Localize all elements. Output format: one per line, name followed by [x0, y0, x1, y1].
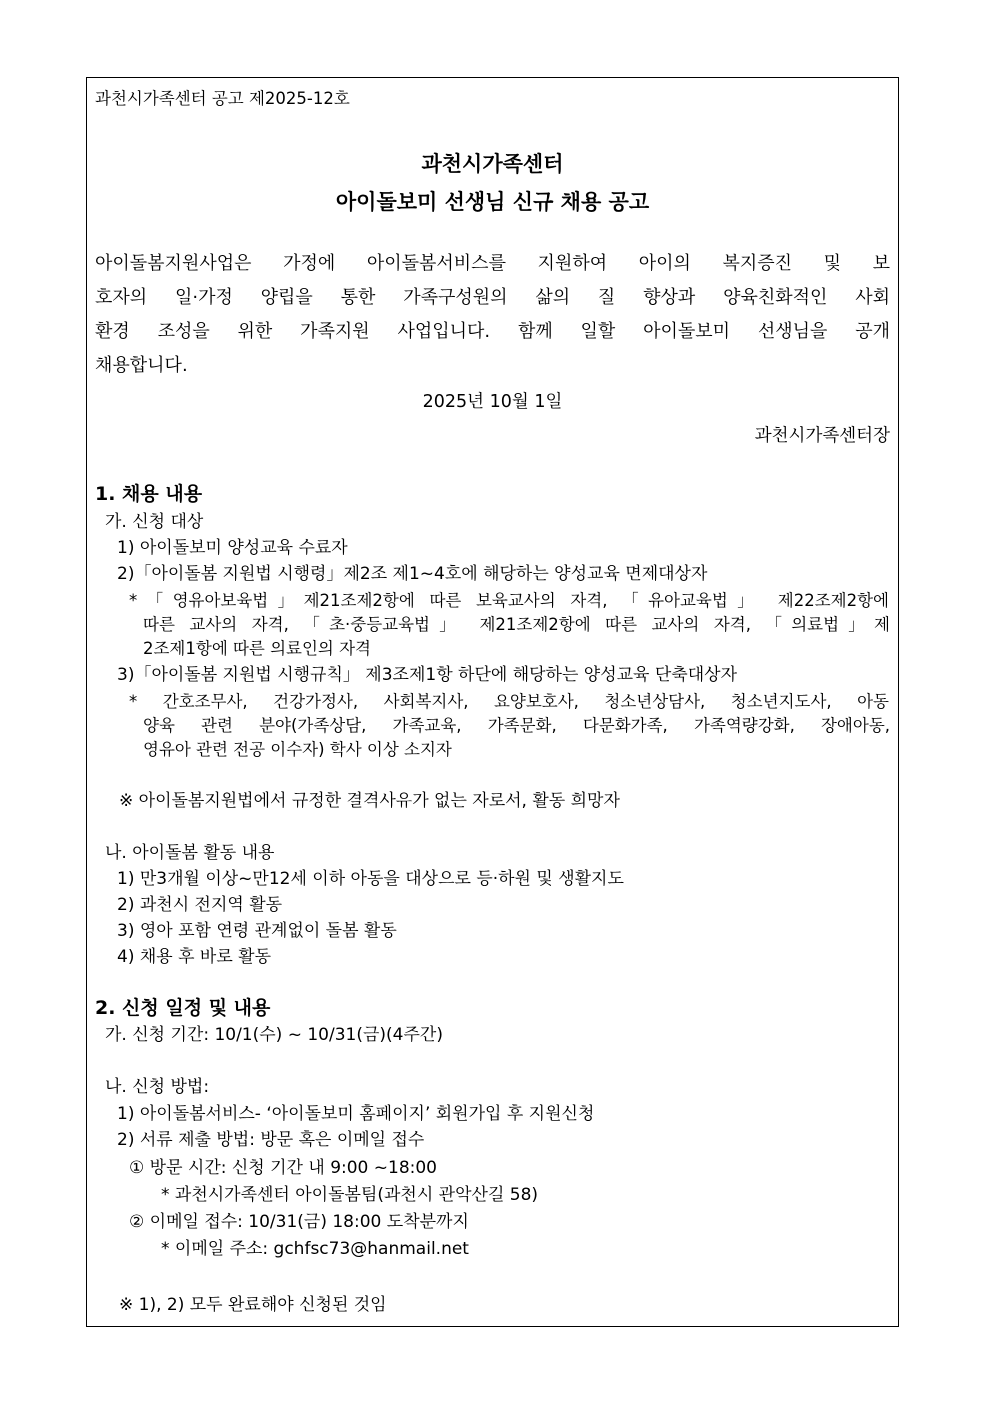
- subheading-application-method: 나. 신청 방법:: [105, 1076, 209, 1098]
- activity-item-1: 1) 만3개월 이상~만12세 이하 아동을 대상으로 등·하원 및 생활지도: [117, 868, 624, 890]
- eligibility-item-1: 1) 아이돌보미 양성교육 수료자: [117, 537, 348, 559]
- eligibility-item-3-note-2: 양육 관련 분야(가족상담, 가족교육, 가족문화, 다문화가족, 가족역량강화…: [143, 715, 890, 737]
- notice-document: 과천시가족센터 공고 제2025-12호 과천시가족센터 아이돌보미 선생님 신…: [86, 77, 899, 1327]
- visit-location: * 과천시가족센터 아이돌봄팀(과천시 관악산길 58): [161, 1184, 538, 1206]
- application-remark: ※ 1), 2) 모두 완료해야 신청된 것임: [119, 1294, 387, 1316]
- application-period: 가. 신청 기간: 10/1(수) ~ 10/31(금)(4주간): [105, 1024, 443, 1046]
- eligibility-item-2-note-2: 따른 교사의 자격, 「초·중등교육법」 제21조제2항에 따른 교사의 자격,…: [143, 614, 890, 636]
- eligibility-item-3-note-1: * 간호조무사, 건강가정사, 사회복지사, 요양보호사, 청소년상담사, 청소…: [129, 691, 889, 713]
- eligibility-item-2-note-1: *「영유아보육법」제21조제2항에 따른 보육교사의 자격, 「유아교육법」 제…: [129, 590, 889, 612]
- notice-date: 2025년 10월 1일: [87, 391, 898, 413]
- subheading-eligibility: 가. 신청 대상: [105, 511, 203, 533]
- method-item-1: 1) 아이돌봄서비스- ‘아이돌보미 홈페이지’ 회원가입 후 지원신청: [117, 1103, 594, 1125]
- activity-item-2: 2) 과천시 전지역 활동: [117, 894, 282, 916]
- email-deadline: ② 이메일 접수: 10/31(금) 18:00 도착분까지: [129, 1211, 469, 1233]
- intro-line-3: 환경 조성을 위한 가족지원 사업입니다. 함께 일할 아이돌보미 선생님을 공…: [95, 318, 890, 346]
- activity-item-4: 4) 채용 후 바로 활동: [117, 946, 271, 968]
- eligibility-item-3-note-3: 영유아 관련 전공 이수자) 학사 이상 소지자: [143, 739, 452, 761]
- page-title: 아이돌보미 선생님 신규 채용 공고: [87, 188, 898, 216]
- eligibility-item-2: 2)「아이돌봄 지원법 시행령」제2조 제1~4호에 해당하는 양성교육 면제대…: [117, 563, 707, 585]
- method-item-2: 2) 서류 제출 방법: 방문 혹은 이메일 접수: [117, 1129, 424, 1151]
- visit-hours: ① 방문 시간: 신청 기간 내 9:00 ~18:00: [129, 1157, 437, 1179]
- eligibility-item-2-note-3: 2조제1항에 따른 의료인의 자격: [143, 638, 371, 660]
- email-address: * 이메일 주소: gchfsc73@hanmail.net: [161, 1238, 469, 1260]
- activity-item-3: 3) 영아 포함 연령 관계없이 돌봄 활동: [117, 920, 397, 942]
- title-organization: 과천시가족센터: [87, 150, 898, 178]
- subheading-activities: 나. 아이돌봄 활동 내용: [105, 842, 274, 864]
- eligibility-item-3: 3)「아이돌봄 지원법 시행규칙」 제3조제1항 하단에 해당하는 양성교육 단…: [117, 664, 737, 686]
- intro-line-4: 채용합니다.: [95, 352, 890, 380]
- section-heading-application: 2. 신청 일정 및 내용: [95, 995, 270, 1021]
- intro-line-2: 호자의 일·가정 양립을 통한 가족구성원의 삶의 질 향상과 양육친화적인 사…: [95, 284, 890, 312]
- intro-line-1: 아이돌봄지원사업은 가정에 아이돌봄서비스를 지원하여 아이의 복지증진 및 보: [95, 250, 890, 278]
- issuer: 과천시가족센터장: [755, 425, 890, 447]
- eligibility-remark: ※ 아이돌봄지원법에서 규정한 결격사유가 없는 자로서, 활동 희망자: [119, 790, 620, 812]
- section-heading-recruitment: 1. 채용 내용: [95, 481, 202, 507]
- notice-number: 과천시가족센터 공고 제2025-12호: [95, 88, 350, 110]
